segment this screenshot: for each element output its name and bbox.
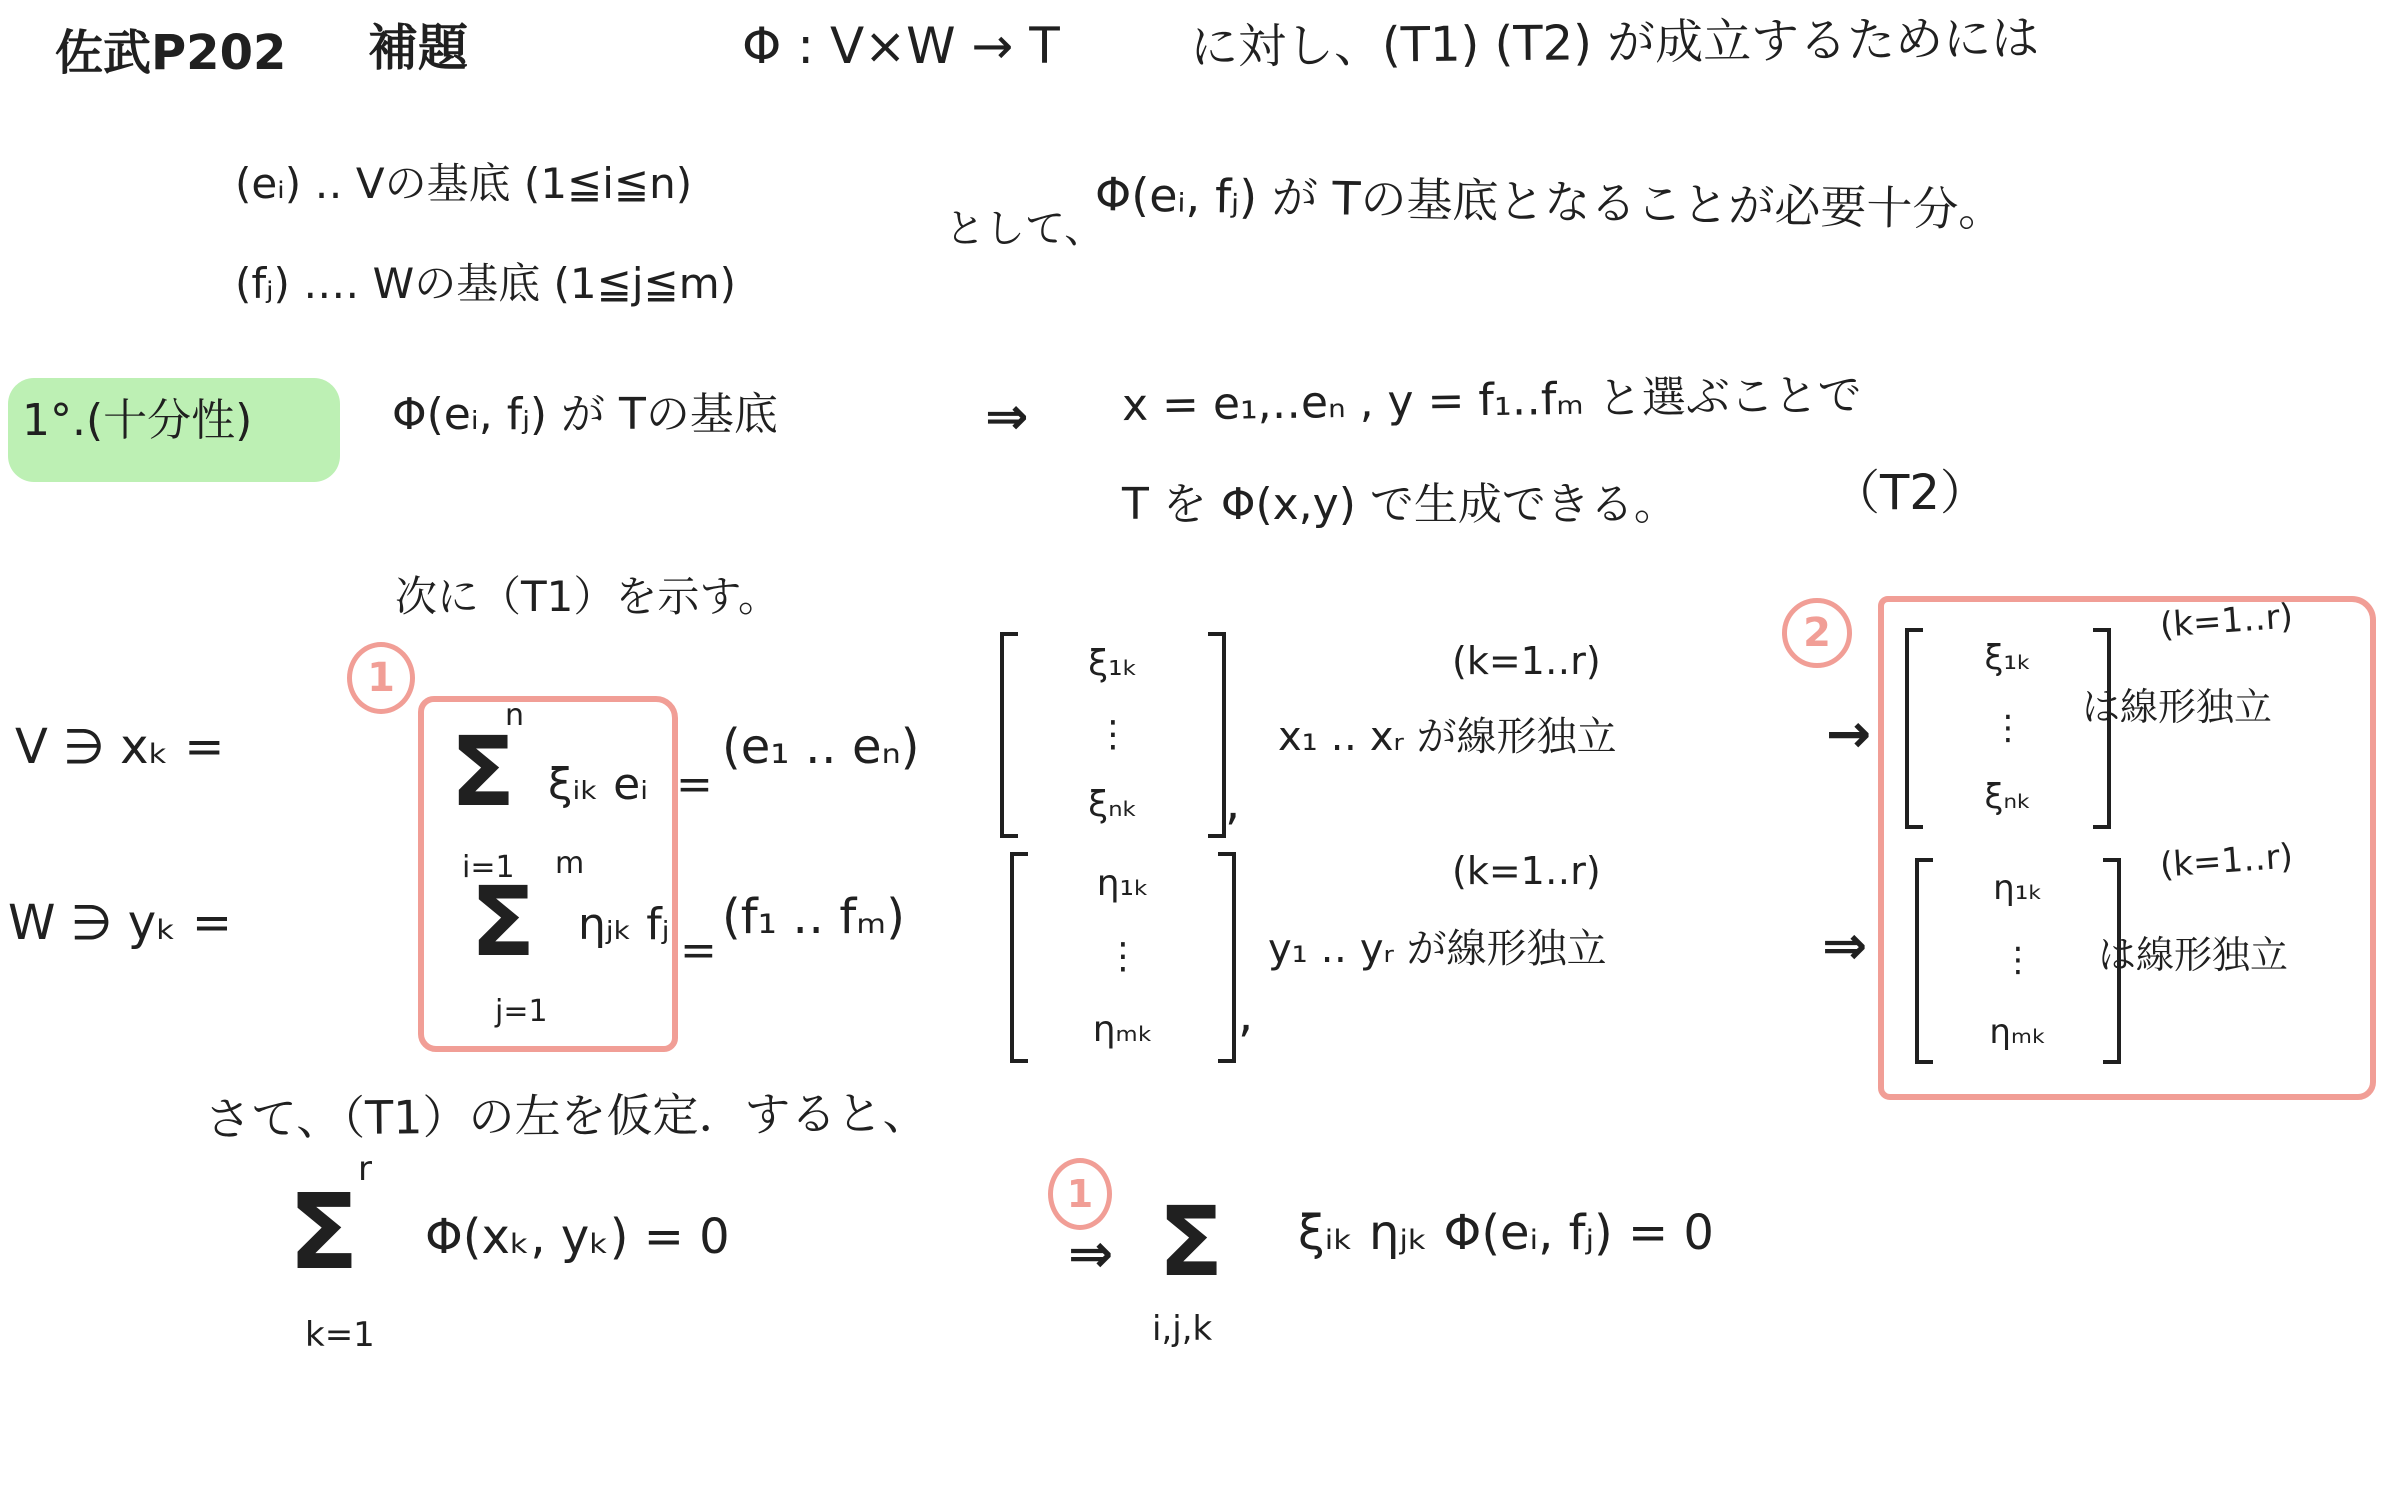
final-lhs-sum-lower: k=1 xyxy=(305,1318,375,1354)
v-implies-arrow: → xyxy=(1826,706,1871,763)
vector-entry: ξ₁ₖ xyxy=(1984,636,2031,682)
v-range-annotation: (k=1‥r) xyxy=(1452,642,1601,682)
eta-conclusion-text: は線形独立 xyxy=(2098,936,2288,976)
w-equals: = xyxy=(680,928,717,974)
circled-number-1-badge: 1 xyxy=(347,642,415,714)
title-lemma: 補題 xyxy=(368,22,468,75)
v-independence-text: x₁ ‥ xᵣ が線形独立 xyxy=(1278,716,1617,758)
vector-entry: η₁ₖ xyxy=(1097,860,1150,909)
vector-dots: ⋮ xyxy=(1095,711,1131,760)
final-rhs-sum-lower: i,j,k xyxy=(1152,1312,1212,1348)
sufficiency-premise: Φ(eᵢ, fⱼ) が Tの基底 xyxy=(392,392,778,438)
basis-w-line: (fⱼ) ‥‥ Wの基底 (1≦j≦m) xyxy=(235,262,736,306)
implies-arrow: ⇒ xyxy=(985,390,1029,445)
final-rhs-expression: ξᵢₖ ηⱼₖ Φ(eᵢ, fⱼ) = 0 xyxy=(1298,1208,1714,1258)
w-sum-upper-limit: m xyxy=(555,848,584,880)
basis-v-line: (eᵢ) ‥ Vの基底 (1≦i≦n) xyxy=(235,162,692,206)
eta-conclusion-range: (k=1‥r) xyxy=(2159,839,2294,884)
w-independence-text: y₁ ‥ yᵣ が線形独立 xyxy=(1268,928,1607,970)
eta-conclusion-vector: η₁ₖ ⋮ ηₘₖ xyxy=(1915,858,2121,1064)
final-lhs-sum-upper: r xyxy=(358,1152,372,1188)
w-range-annotation: (k=1‥r) xyxy=(1452,852,1601,892)
w-sum-sigma: Σ xyxy=(470,872,536,973)
v-contains-xk: V ∋ xₖ = xyxy=(15,722,224,772)
setup-connector: として、 xyxy=(945,208,1104,250)
xi-conclusion-range: (k=1‥r) xyxy=(2159,599,2294,644)
eta-column-vector: η₁ₖ ⋮ ηₘₖ xyxy=(1010,852,1236,1063)
sufficiency-choice: x = e₁,‥eₙ , y = f₁‥fₘ と選ぶことで xyxy=(1122,373,1862,430)
xi-conclusion-text: は線形独立 xyxy=(2082,688,2272,728)
vector-entry: ξₙₖ xyxy=(1985,775,2032,821)
final-implies-arrow: ⇒ xyxy=(1068,1226,1113,1283)
circled-number-1-badge-bottom: 1 xyxy=(1048,1158,1112,1230)
xi-column-vector: ξ₁ₖ ⋮ ξₙₖ xyxy=(1000,632,1226,838)
final-rhs-sigma: Σ xyxy=(1158,1192,1224,1293)
w-sum-lower-limit: j=1 xyxy=(495,996,548,1028)
xi-conclusion-vector: ξ₁ₖ ⋮ ξₙₖ xyxy=(1905,628,2111,829)
handwritten-note-page: 佐武P202 補題 Φ : V×W → T に対し、(T1) (T2) が成立す… xyxy=(0,0,2386,1491)
vector-entry: ξₙₖ xyxy=(1088,781,1138,830)
w-summand: ηⱼₖ fⱼ xyxy=(578,902,669,948)
vector-entry: ηₘₖ xyxy=(1989,1010,2046,1056)
final-lhs-expression: Φ(xₖ, yₖ) = 0 xyxy=(425,1212,730,1262)
vector-entry: ξ₁ₖ xyxy=(1088,640,1138,689)
tensor-map-definition: Φ : V×W → T xyxy=(742,20,1060,73)
assumption-text: さて、（T1）の左を仮定．すると、 xyxy=(205,1089,929,1144)
setup-conclusion: Φ(eᵢ, fⱼ) が Tの基底となることが必要十分。 xyxy=(1095,170,2005,234)
w-contains-yk: W ∋ yₖ = xyxy=(8,898,232,948)
title-condition-text: に対し、(T1) (T2) が成立するためには xyxy=(1190,14,2040,73)
title-source: 佐武P202 xyxy=(55,28,286,78)
final-lhs-sigma: Σ xyxy=(288,1178,359,1287)
w-implies-arrow: ⇒ xyxy=(1822,918,1867,975)
vector-entry: η₁ₖ xyxy=(1993,866,2043,912)
v-equals: = xyxy=(676,762,713,808)
next-step-text: 次に（T1）を示す。 xyxy=(395,575,780,619)
circled-number-2-badge: 2 xyxy=(1782,598,1852,668)
v-sum-sigma: Σ xyxy=(450,722,516,823)
sufficiency-label: 1°.(十分性) xyxy=(22,398,252,444)
comma: , xyxy=(1238,990,1253,1040)
t2-tag: （T2） xyxy=(1832,468,1988,518)
w-row-vector: (f₁ ‥ fₘ) xyxy=(722,892,905,942)
comma: , xyxy=(1225,778,1240,828)
vector-dots: ⋮ xyxy=(1991,706,2025,752)
v-summand: ξᵢₖ eᵢ xyxy=(548,762,648,808)
sufficiency-generation: T を Φ(x,y) で生成できる。 xyxy=(1122,482,1678,528)
v-row-vector: (e₁ ‥ eₙ) xyxy=(722,722,919,772)
vector-entry: ηₘₖ xyxy=(1093,1006,1154,1055)
vector-dots: ⋮ xyxy=(2001,938,2035,984)
vector-dots: ⋮ xyxy=(1105,933,1141,982)
